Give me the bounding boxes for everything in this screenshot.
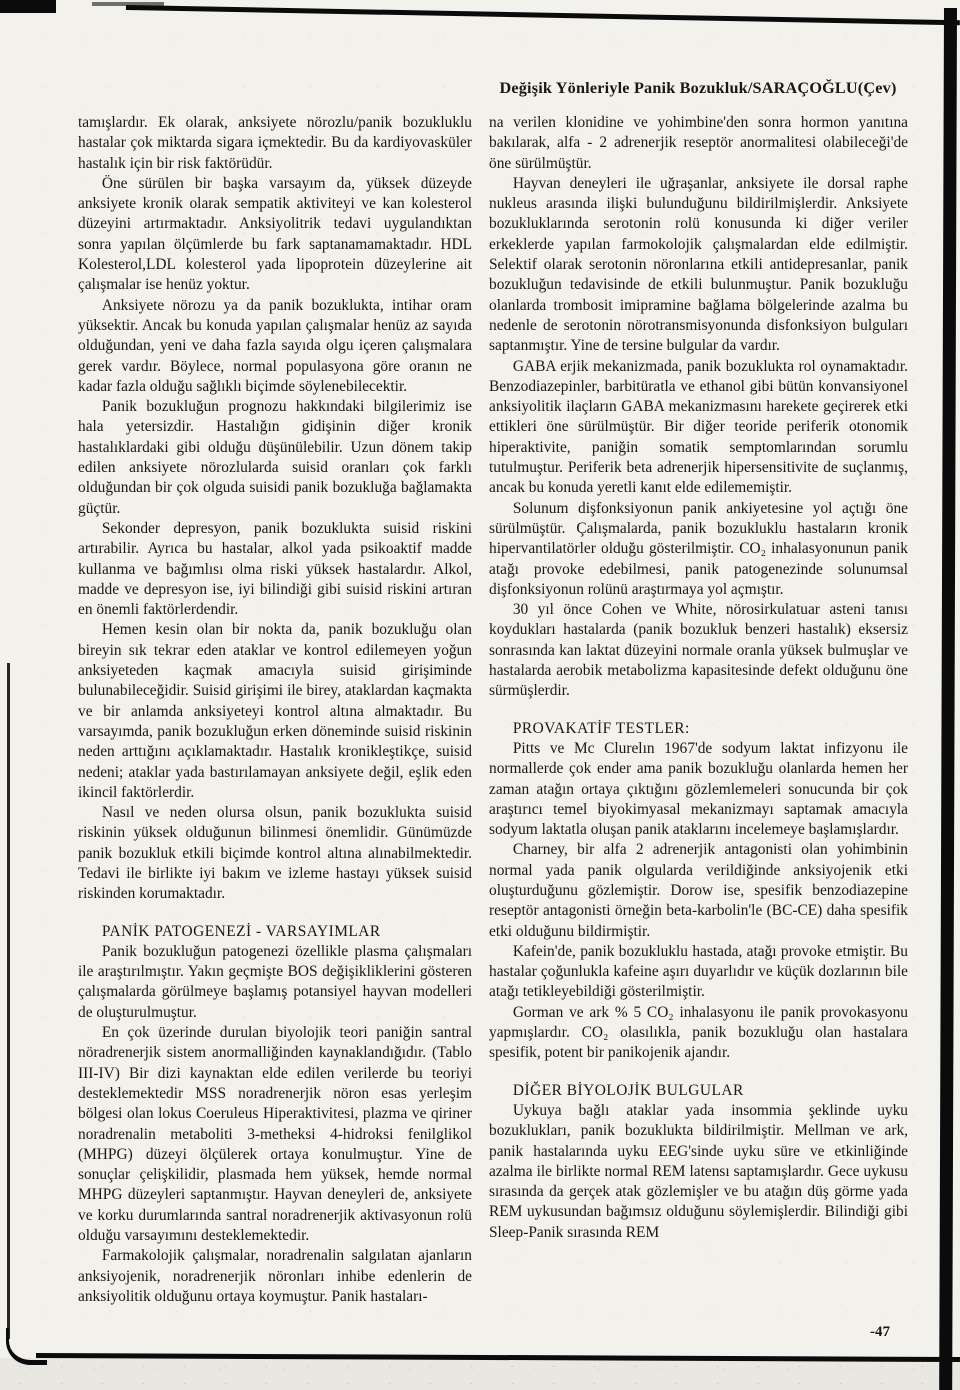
paragraph: Charney, bir alfa 2 adrenerjik antagonis… [489,840,908,941]
paragraph: na verilen klonidine ve yohimbine'den so… [489,113,908,174]
scanned-document-page: { "header": { "title": "Değişik Yönleriy… [0,0,960,1390]
section-heading: PROVAKATİF TESTLER: [489,719,908,739]
paragraph: Anksiyete nörozu ya da panik bozuklukta,… [78,296,472,397]
scan-edge-top [126,5,960,25]
right-column: na verilen klonidine ve yohimbine'den so… [489,113,908,1243]
paragraph: Uykuya bağlı ataklar yada insommia şekli… [489,1101,908,1243]
paragraph: tamışlardır. Ek olarak, anksiyete nörozl… [78,113,472,174]
scan-edge-right [939,8,957,1390]
paragraph: Panik bozukluğun patogenezi özellikle pl… [78,942,472,1023]
paragraph: Panik bozukluğun prognozu hakkındaki bil… [78,397,472,519]
paragraph: Hayvan deneyleri ile uğraşanlar, anksiye… [489,174,908,357]
paragraph: Kafein'de, panik bozukluklu hastada, ata… [489,942,908,1003]
paragraph: En çok üzerinde durulan biyolojik teori … [78,1023,472,1246]
paragraph: Hemen kesin olan bir nokta da, panik boz… [78,620,472,803]
paragraph: Farmakolojik çalışmalar, noradrenalin sa… [78,1246,472,1307]
paragraph: Gorman ve ark % 5 CO₂ inhalasyonu ile pa… [489,1003,908,1064]
paragraph: Nasıl ve neden olursa olsun, panik bozuk… [78,803,472,904]
paragraph: 30 yıl önce Cohen ve White, nörosirkulat… [489,600,908,701]
running-header: Değişik Yönleriyle Panik Bozukluk/SARAÇO… [489,79,907,98]
paragraph: Pitts ve Mc Clurelın 1967'de sodyum lakt… [489,739,908,840]
scan-corner-blob [0,0,56,13]
paragraph: GABA erjik mekanizmada, panik bozuklukta… [489,357,908,499]
section-heading: DİĞER BİYOLOJİK BULGULAR [489,1081,908,1101]
scan-edge-left [7,663,10,1339]
scanner-background [0,1358,960,1390]
left-column: tamışlardır. Ek olarak, anksiyete nörozl… [78,113,472,1307]
paragraph: Sekonder depresyon, panik bozuklukta sui… [78,519,472,620]
paragraph: Öne sürülen bir başka varsayım da, yükse… [78,174,472,296]
page-number: -47 [838,1324,890,1341]
section-heading: PANİK PATOGENEZİ - VARSAYIMLAR [78,922,472,942]
paragraph: Solunum dişfonksiyonun panik ankiyetesin… [489,499,908,600]
